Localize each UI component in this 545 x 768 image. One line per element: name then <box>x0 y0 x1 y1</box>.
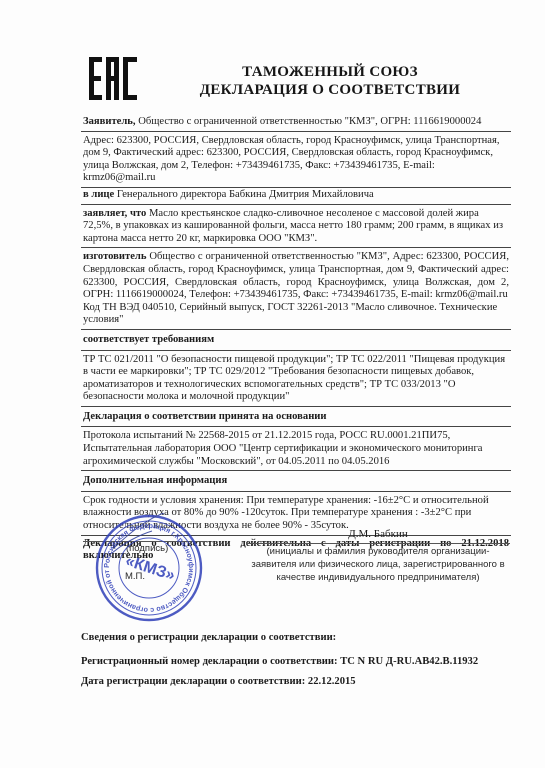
registration-heading: Сведения о регистрации декларации о соот… <box>81 632 336 643</box>
manufacturer-text: Общество с ограниченной ответственностью… <box>83 251 509 300</box>
declaration-body: Заявитель, Общество с ограниченной ответ… <box>81 115 511 565</box>
registration-number: Регистрационный номер декларации о соотв… <box>81 656 478 667</box>
registration-date: Дата регистрации декларации о соответств… <box>81 676 356 687</box>
applicant-row: Заявитель, Общество с ограниченной ответ… <box>81 115 511 132</box>
title-line-declaration: ДЕКЛАРАЦИЯ О СООТВЕТСТВИИ <box>195 81 465 99</box>
basis-heading: Декларация о соответствии принята на осн… <box>81 407 511 428</box>
manufacturer-row: изготовитель Общество с ограниченной отв… <box>81 248 511 330</box>
product-code: Код ТН ВЭД 040510, Серийный выпуск, ГОСТ… <box>83 302 509 327</box>
stamp-center-text: «КМЗ» <box>123 553 177 585</box>
representative-label: в лице <box>83 189 114 200</box>
requirements-heading: соответствует требованиям <box>81 330 511 351</box>
signer-name: Д.М. Бабкин <box>246 528 510 540</box>
declares-label: заявляет, что <box>83 208 146 219</box>
manufacturer-label: изготовитель <box>83 251 146 262</box>
additional-heading: Дополнительная информация <box>81 471 511 492</box>
eac-mark-icon <box>89 57 137 100</box>
representative-row: в лице Генерального директора Бабкина Дм… <box>81 188 511 205</box>
company-seal-stamp: Российская Федерация г.Красноуфимск Обще… <box>94 513 204 623</box>
signer-name-line <box>246 543 510 544</box>
signer-caption: (инициалы и фамилия руководителя организ… <box>246 545 510 584</box>
applicant-label: Заявитель, <box>83 116 136 127</box>
declares-text: Масло крестьянское сладко-сливочное несо… <box>83 208 503 244</box>
title-line-union: ТАМОЖЕННЫЙ СОЮЗ <box>195 63 465 81</box>
representative-text: Генерального директора Бабкина Дмитрия М… <box>114 189 374 200</box>
manufacturer-details: изготовитель Общество с ограниченной отв… <box>83 251 509 301</box>
document-title: ТАМОЖЕННЫЙ СОЮЗ ДЕКЛАРАЦИЯ О СООТВЕТСТВИ… <box>195 63 465 99</box>
applicant-text: Общество с ограниченной ответственностью… <box>136 116 482 127</box>
applicant-address: Адрес: 623300, РОССИЯ, Свердловская обла… <box>81 132 511 188</box>
basis-text: Протокола испытаний № 22568-2015 от 21.1… <box>81 427 511 471</box>
declaration-page: ТАМОЖЕННЫЙ СОЮЗ ДЕКЛАРАЦИЯ О СООТВЕТСТВИ… <box>0 0 545 768</box>
requirements-text: ТР ТС 021/2011 "О безопасности пищевой п… <box>81 351 511 407</box>
declares-row: заявляет, что Масло крестьянское сладко-… <box>81 205 511 249</box>
